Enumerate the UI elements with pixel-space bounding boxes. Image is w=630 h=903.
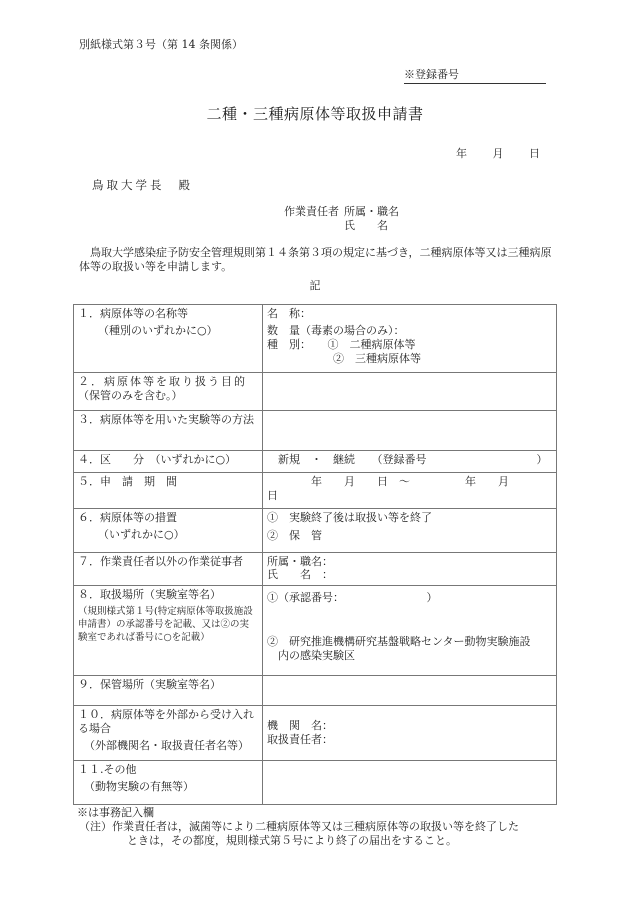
value-line: ② 研究推進機構研究基盤戦略センター動物実験施設	[267, 635, 552, 649]
value-line: 名 称：	[267, 307, 552, 321]
office-use-note: ※は事務記入欄	[77, 806, 519, 820]
row-sublabel: （規則様式第１号(特定病原体等取扱施設申請書）の承認番号を記載、又は②の実験室で…	[78, 605, 258, 644]
notes: ※は事務記入欄 （注）作業責任者は，滅菌等により二種病原体等又は三種病原体等の取…	[77, 806, 519, 848]
note-line: （注）作業責任者は，滅菌等により二種病原体等又は三種病原体等の取扱い等を終了した	[77, 820, 519, 834]
date-field[interactable]: 年 月 日	[456, 145, 540, 161]
row-label: １１.その他（動物実験の有無等）	[74, 761, 263, 805]
row-label-text: ７．作業責任者以外の作業従事者	[78, 555, 243, 568]
row-value-purpose[interactable]	[263, 373, 557, 411]
row-label-text: ２．病原体等を取り扱う目的	[78, 375, 247, 388]
value-line: ② 三種病原体等	[267, 352, 552, 366]
row-label: ５．申 請 期 間	[74, 473, 263, 509]
row-value-period[interactable]: 年 月 日 ～ 年 月 日	[263, 473, 557, 509]
value-line: 数 量（毒素の場合のみ）：	[267, 324, 552, 338]
value-line: 氏 名 ：	[267, 568, 552, 581]
row-label: ７．作業責任者以外の作業従事者	[74, 553, 263, 586]
row-value-method[interactable]	[263, 411, 557, 451]
row-value-other[interactable]	[263, 761, 557, 805]
applicant-role: 作業責任者	[284, 205, 344, 219]
addressee-honorific: 殿	[179, 178, 191, 192]
intro-text: 鳥取大学感染症予防安全管理規則第１４条第３項の規定に基づき，二種病原体等又は三種…	[79, 246, 557, 274]
date-day: 日	[529, 145, 540, 161]
row-sublabel: （外部機関名・取扱責任者名等）	[78, 739, 258, 753]
table-row: ５．申 請 期 間 年 月 日 ～ 年 月 日	[74, 473, 557, 509]
table-row: １．病原体等の名称等（種別のいずれかに○） 名 称： 数 量（毒素の場合のみ）：…	[74, 305, 557, 373]
row-label: ３．病原体等を用いた実験等の方法	[74, 411, 263, 451]
row-value-measures[interactable]: ① 実験終了後は取扱い等を終了 ② 保 管	[263, 509, 557, 553]
addressee: 鳥取大学長殿	[92, 177, 190, 193]
row-label: ８．取扱場所（実験室等名）（規則様式第１号(特定病原体等取扱施設申請書）の承認番…	[74, 586, 263, 676]
value-line: ①（承認番号： ）	[267, 591, 552, 605]
value-line: 種 別： ① 二種病原体等	[267, 338, 552, 352]
row-label: １０．病原体等を外部から受け入れる場合（外部機関名・取扱責任者名等）	[74, 706, 263, 761]
application-table: １．病原体等の名称等（種別のいずれかに○） 名 称： 数 量（毒素の場合のみ）：…	[73, 304, 557, 805]
value-line: ② 保 管	[267, 529, 552, 543]
row-sublabel: （動物実験の有無等）	[78, 780, 258, 794]
table-row: ６．病原体等の措置（いずれかに○） ① 実験終了後は取扱い等を終了 ② 保 管	[74, 509, 557, 553]
row-value-category[interactable]: 新規 ・ 継続 （登録番号 ）	[263, 451, 557, 473]
registration-number-label: ※登録番号	[404, 68, 459, 81]
date-year: 年	[456, 145, 467, 161]
row-label-text: ６．病原体等の措置	[78, 511, 177, 524]
row-label-text: ３．病原体等を用いた実験等の方法	[78, 413, 254, 426]
row-label-text: ５．申 請 期 間	[78, 475, 177, 488]
table-row: ９．保管場所（実験室等名）	[74, 676, 557, 706]
table-row: ７．作業責任者以外の作業従事者 所属・職名： 氏 名 ：	[74, 553, 557, 586]
row-sublabel: （いずれかに○）	[78, 528, 258, 542]
row-value-workers[interactable]: 所属・職名： 氏 名 ：	[263, 553, 557, 586]
value-line: ① 実験終了後は取扱い等を終了	[267, 511, 552, 525]
table-row: １１.その他（動物実験の有無等）	[74, 761, 557, 805]
value-line: 所属・職名：	[267, 555, 552, 568]
row-label-text: １．病原体等の名称等	[78, 307, 188, 320]
row-label-text: ９．保管場所（実験室等名）	[78, 678, 221, 691]
note-line: ときは，その都度，規則様式第５号により終了の届出をすること。	[77, 834, 519, 848]
table-row: ２．病原体等を取り扱う目的（保管のみを含む。）	[74, 373, 557, 411]
form-number: 別紙様式第３号（第 14 条関係）	[79, 36, 243, 52]
value-line: 年 月 日 ～ 年 月	[267, 475, 552, 489]
applicant-affiliation-label: 所属・職名	[344, 205, 399, 218]
registration-number-field[interactable]: ※登録番号	[404, 66, 546, 84]
applicant-name-label: 氏 名	[344, 219, 388, 232]
row-label: １．病原体等の名称等（種別のいずれかに○）	[74, 305, 263, 373]
row-sublabel: （種別のいずれかに○）	[78, 324, 258, 338]
value-line: 日	[267, 489, 552, 503]
row-value-location[interactable]: ①（承認番号： ） ② 研究推進機構研究基盤戦略センター動物実験施設 内の感染実…	[263, 586, 557, 676]
ki-mark: 記	[0, 277, 630, 293]
row-label-text: ４．区 分 （いずれかに○）	[78, 453, 236, 466]
value-line: 機 関 名：	[267, 719, 552, 733]
addressee-name: 鳥取大学長	[92, 178, 165, 192]
table-row: １０．病原体等を外部から受け入れる場合（外部機関名・取扱責任者名等） 機 関 名…	[74, 706, 557, 761]
row-value-pathogen[interactable]: 名 称： 数 量（毒素の場合のみ）： 種 別： ① 二種病原体等 ② 三種病原体…	[263, 305, 557, 373]
value-line: 取扱責任者：	[267, 733, 552, 747]
date-month: 月	[493, 145, 504, 161]
row-value-external[interactable]: 機 関 名： 取扱責任者：	[263, 706, 557, 761]
table-row: ８．取扱場所（実験室等名）（規則様式第１号(特定病原体等取扱施設申請書）の承認番…	[74, 586, 557, 676]
value-line: 新規 ・ 継続 （登録番号 ）	[267, 453, 548, 466]
row-label-text: １１.その他	[78, 763, 137, 776]
row-value-storage[interactable]	[263, 676, 557, 706]
row-label: ６．病原体等の措置（いずれかに○）	[74, 509, 263, 553]
row-label-text: １０．病原体等を外部から受け入れる場合	[78, 708, 254, 735]
table-row: ４．区 分 （いずれかに○） 新規 ・ 継続 （登録番号 ）	[74, 451, 557, 473]
applicant-block: 作業責任者所属・職名 氏 名	[284, 205, 399, 233]
row-label: ４．区 分 （いずれかに○）	[74, 451, 263, 473]
row-label: ２．病原体等を取り扱う目的（保管のみを含む。）	[74, 373, 263, 411]
value-line: 内の感染実験区	[267, 649, 552, 663]
row-sublabel: （保管のみを含む。）	[78, 389, 183, 402]
document-title: 二種・三種病原体等取扱申請書	[0, 103, 630, 124]
table-row: ３．病原体等を用いた実験等の方法	[74, 411, 557, 451]
row-label: ９．保管場所（実験室等名）	[74, 676, 263, 706]
row-label-text: ８．取扱場所（実験室等名）	[78, 588, 221, 601]
